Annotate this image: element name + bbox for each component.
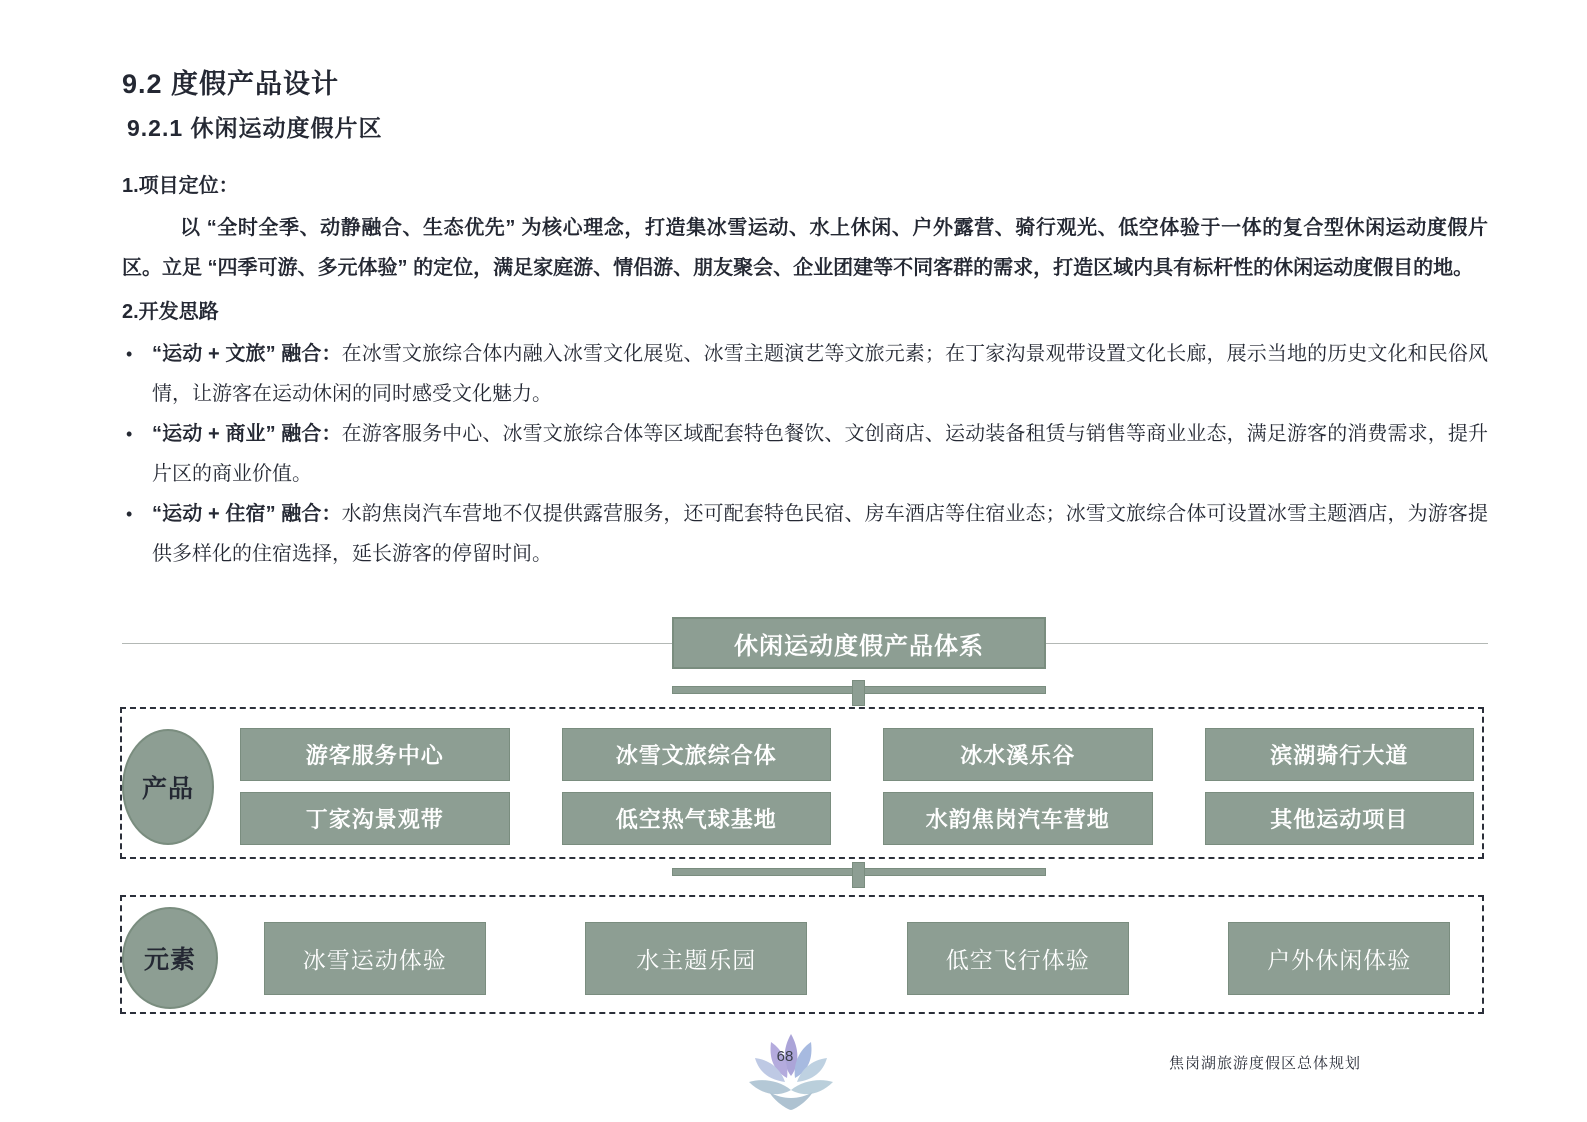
document-page: 9.2 度假产品设计 9.2.1 休闲运动度假片区 1.项目定位： 以 “全时全… [0,0,1587,1122]
bullet-commerce: •“运动 + 商业” 融合：在游客服务中心、冰雪文旅综合体等区域配套特色餐饮、文… [122,414,1488,494]
element-box-outdoor-leisure: 户外休闲体验 [1228,922,1450,995]
product-box-other-sports: 其他运动项目 [1205,792,1475,845]
bullet-dot-icon: • [126,414,132,454]
bullet-dot-icon: • [126,334,132,374]
product-box-balloon-base: 低空热气球基地 [562,792,832,845]
bullet-lead: “运动 + 文旅” 融合： [152,343,342,365]
elements-panel [120,895,1484,1014]
bullet-text: 在冰雪文旅综合体内融入冰雪文化展览、冰雪主题演艺等文旅元素；在丁家沟景观带设置文… [152,343,1488,405]
connector-stub [852,680,865,706]
element-box-ice-snow-sports: 冰雪运动体验 [264,922,486,995]
connector-bar [672,686,1046,694]
element-box-low-altitude-flight: 低空飞行体验 [907,922,1129,995]
development-bullet-list: •“运动 + 文旅” 融合：在冰雪文旅综合体内融入冰雪文化展览、冰雪主题演艺等文… [122,334,1488,574]
product-box-dingjiagou-belt: 丁家沟景观带 [240,792,510,845]
product-box-rv-camp: 水韵焦岗汽车营地 [883,792,1153,845]
bullet-lead: “运动 + 商业” 融合： [152,423,342,445]
bullet-dot-icon: • [126,494,132,534]
horizontal-rule [122,643,1488,644]
footer-document-title: 焦岗湖旅游度假区总体规划 [1169,1052,1361,1073]
bullet-text: 水韵焦岗汽车营地不仅提供露营服务，还可配套特色民宿、房车酒店等住宿业态；冰雪文旅… [152,503,1488,565]
positioning-title: 1.项目定位： [122,166,1488,206]
products-label-circle: 产品 [122,729,214,845]
connector-bar [672,868,1046,876]
page-subtitle: 9.2.1 休闲运动度假片区 [127,110,383,143]
bullet-lodging: •“运动 + 住宿” 融合：水韵焦岗汽车营地不仅提供露营服务，还可配套特色民宿、… [122,494,1488,574]
lotus-logo-icon [745,1032,837,1112]
elements-label-circle: 元素 [122,907,218,1009]
product-box-visitor-center: 游客服务中心 [240,728,510,781]
elements-grid: 冰雪运动体验 水主题乐园 低空飞行体验 户外休闲体验 [240,922,1474,995]
element-box-water-park: 水主题乐园 [585,922,807,995]
product-box-lakeside-cycling: 滨湖骑行大道 [1205,728,1475,781]
bullet-text: 在游客服务中心、冰雪文旅综合体等区域配套特色餐饮、文创商店、运动装备租赁与销售等… [152,423,1488,485]
product-box-ice-snow-complex: 冰雪文旅综合体 [562,728,832,781]
positioning-body: 以 “全时全季、动静融合、生态优先” 为核心理念，打造集冰雪运动、水上休闲、户外… [122,208,1488,288]
body-text-column: 1.项目定位： 以 “全时全季、动静融合、生态优先” 为核心理念，打造集冰雪运动… [122,166,1488,574]
page-title: 9.2 度假产品设计 [122,62,339,101]
diagram-title-box: 休闲运动度假产品体系 [672,617,1046,669]
products-panel [120,707,1484,859]
bullet-lead: “运动 + 住宿” 融合： [152,503,342,525]
bullet-culture-tourism: •“运动 + 文旅” 融合：在冰雪文旅综合体内融入冰雪文化展览、冰雪主题演艺等文… [122,334,1488,414]
connector-middle [672,862,1046,888]
connector-top [672,680,1046,706]
development-title: 2.开发思路 [122,292,1488,332]
product-box-ice-water-valley: 冰水溪乐谷 [883,728,1153,781]
page-number: 68 [745,1048,825,1065]
products-grid: 游客服务中心 冰雪文旅综合体 冰水溪乐谷 滨湖骑行大道 丁家沟景观带 低空热气球… [240,728,1474,845]
connector-stub [852,862,865,888]
